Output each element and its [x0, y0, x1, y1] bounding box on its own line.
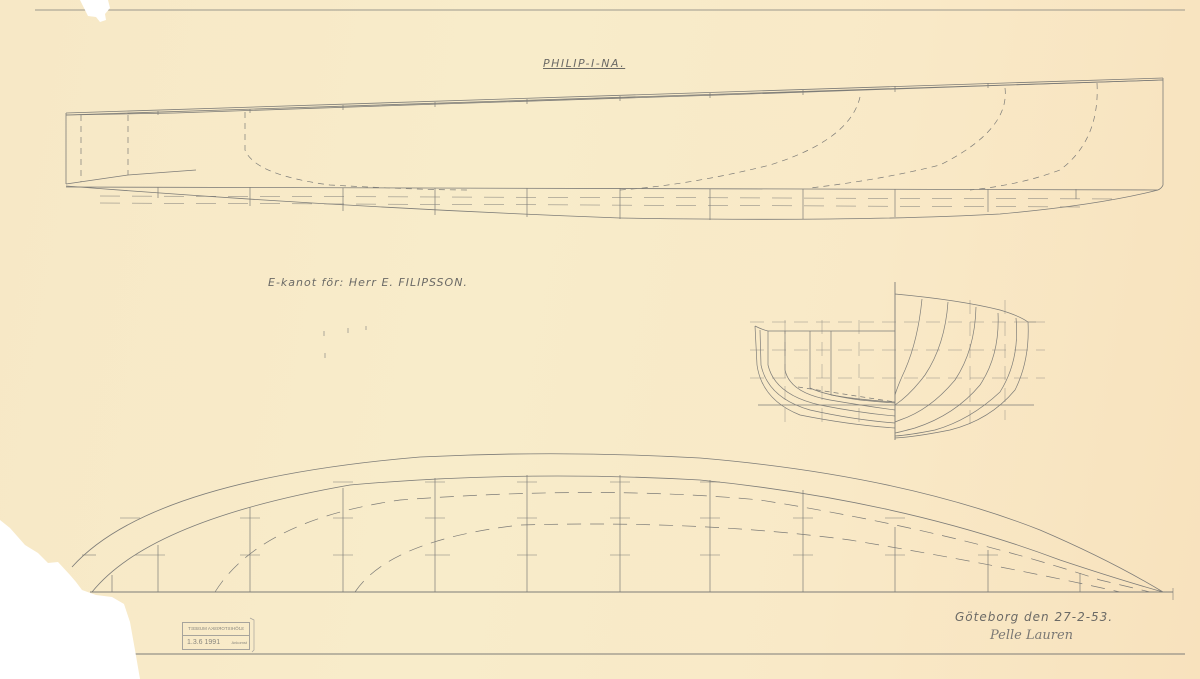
stamp-museum-name: SJÖHISTORISKA MUSEET [183, 623, 249, 636]
stamp-label: Ankomst [231, 636, 247, 649]
drawing-subtitle: E-kanot för: Herr E. FILIPSSON. [268, 276, 468, 289]
body-plan-view [750, 282, 1045, 440]
drawing-title: PHILIP-I-NA. [543, 57, 625, 70]
profile-view [66, 78, 1163, 220]
torn-corner-top [80, 0, 110, 22]
lines-plan-drawing [0, 0, 1200, 679]
designer-signature: Pelle Lauren [990, 628, 1073, 643]
torn-corner-bottom-left [0, 520, 140, 679]
place-and-date: Göteborg den 27-2-53. [955, 610, 1113, 624]
half-breadth-view [72, 454, 1173, 600]
stamp-date: 1.3.6 1991 [187, 636, 220, 649]
museum-stamp: SJÖHISTORISKA MUSEET 1.3.6 1991 Ankomst [182, 622, 250, 650]
